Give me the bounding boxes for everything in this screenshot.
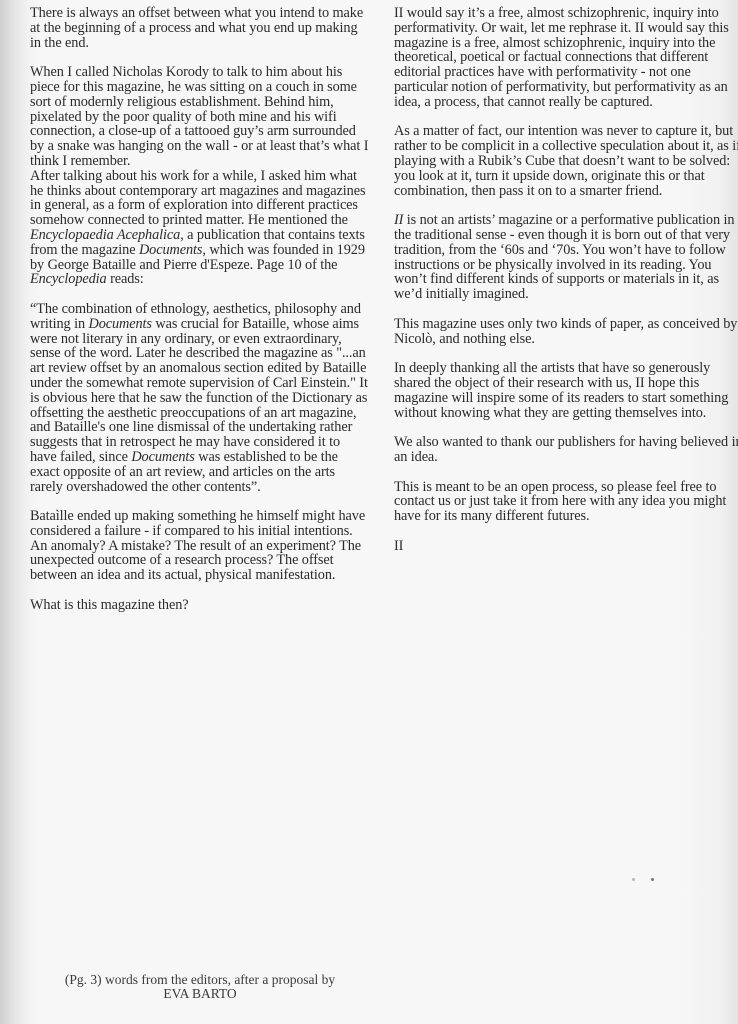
italic-title: Documents	[88, 316, 151, 332]
paragraph-bataille-failure: Bataìlle ended up making something he hi…	[30, 509, 370, 583]
paragraph-rubiks-cube: As a matter of fact, our intention was n…	[394, 124, 738, 198]
paragraph-paper: This magazine uses only two kinds of pap…	[394, 317, 738, 347]
paragraph-thanks-publishers: We also wanted to thank our publishers f…	[394, 435, 738, 465]
italic-title: II	[394, 212, 403, 228]
paragraph-korody-call: When I called Nicholas Korody to talk to…	[30, 65, 370, 169]
paragraph-text: reads:	[107, 271, 144, 287]
paragraph-thanks-artists: In deeply thanking all the artists that …	[394, 361, 738, 420]
italic-title: Encyclopaedia Acephalica	[30, 227, 180, 243]
paragraph-text: is not an artists’ magazine or a perform…	[394, 212, 734, 302]
paragraph-open-process: This is meant to be an open process, so …	[394, 480, 738, 524]
paragraph-intro: There is always an offset between what y…	[30, 6, 370, 50]
italic-title: Documents	[131, 449, 194, 465]
paragraph-text: After talking about his work for a while…	[30, 168, 365, 228]
paragraph-inquiry: II would say it’s a free, almost schizop…	[394, 6, 738, 110]
signature: II	[394, 539, 738, 554]
paragraph-quote: “The combination of ethnology, aesthetic…	[30, 302, 370, 494]
scan-speck	[632, 878, 635, 881]
italic-title: Documents	[139, 242, 202, 258]
page-footer: (Pg. 3) words from the editors, after a …	[30, 973, 370, 1001]
paragraph-question: What is this magazine then?	[30, 598, 370, 613]
footer-caption: (Pg. 3) words from the editors, after a …	[30, 973, 370, 987]
left-column: There is always an offset between what y…	[30, 6, 370, 627]
paragraph-not-artists-magazine: II is not an artists’ magazine or a perf…	[394, 213, 738, 302]
italic-title: Encyclopedia	[30, 271, 107, 287]
footer-author: EVA BARTO	[30, 987, 370, 1001]
scan-speck	[651, 878, 654, 881]
paragraph-text: was crucial for Bataille, whose aims wer…	[30, 316, 368, 465]
right-column: II would say it’s a free, almost schizop…	[394, 6, 738, 568]
paragraph-encyclopaedia: After talking about his work for a while…	[30, 169, 370, 287]
